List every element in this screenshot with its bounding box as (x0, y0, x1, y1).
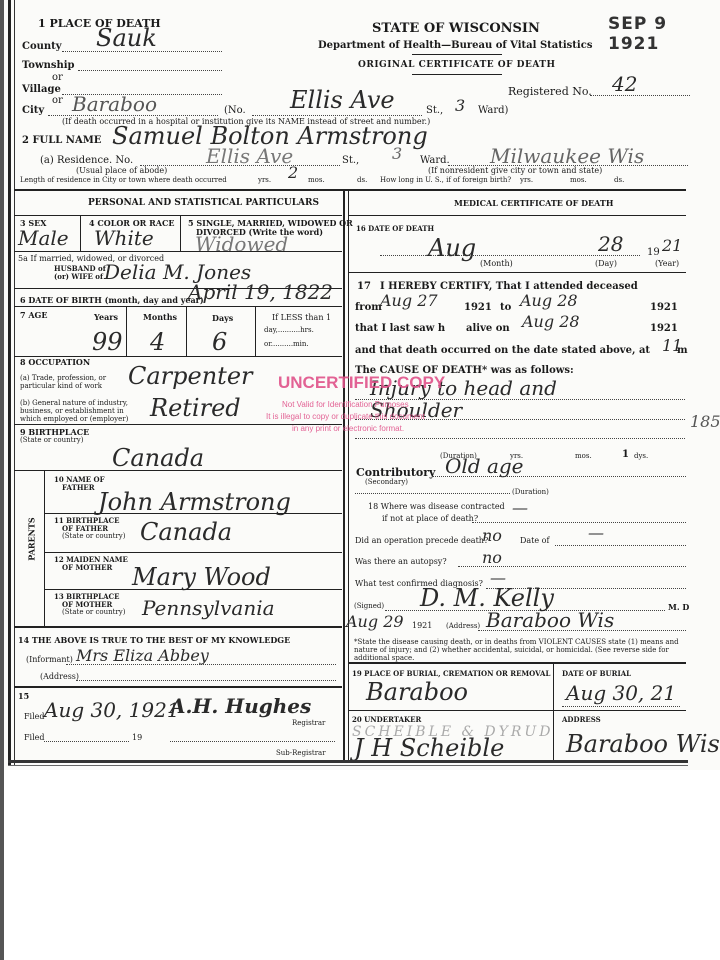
burial-label: 19 PLACE OF BURIAL, CREMATION OR REMOVAL (352, 670, 550, 677)
length-residence-label: Length of residence in City or town wher… (20, 177, 227, 184)
age-months-label: Months (143, 313, 177, 321)
year-label: (Year) (655, 260, 679, 268)
divider (14, 470, 342, 471)
birthplace-value: Canada (112, 446, 204, 470)
physician-address-value: Baraboo Wis (486, 610, 614, 630)
month-label: (Month) (480, 260, 513, 268)
divider (14, 626, 342, 628)
border-inner (14, 0, 15, 765)
autopsy-label: Was there an autopsy? (355, 558, 447, 566)
bottom-rule (8, 760, 688, 763)
industry-label-3: which employed or (employer) (20, 416, 128, 423)
mother-birthplace-value: Pennsylvania (142, 598, 275, 618)
mother-value: Mary Wood (132, 565, 271, 589)
divider (44, 589, 342, 590)
length-ds-label: ds. (357, 177, 367, 184)
father-bp-label-1: 11 BIRTHPLACE (54, 517, 119, 524)
registrar-signature: A.H. Hughes (170, 696, 311, 716)
medical-section-title: MEDICAL CERTIFICATE OF DEATH (454, 199, 613, 207)
age-years-value: 99 (92, 330, 123, 354)
birthplace-sublabel: (State or country) (20, 437, 83, 444)
residence-ward-label: Ward. (420, 156, 450, 166)
watermark-line-3: in any print or electronic format. (292, 424, 404, 433)
subregistrar-line (170, 741, 335, 742)
residence-label: (a) Residence. No. (40, 156, 133, 166)
department-title: Department of Health—Bureau of Vital Sta… (318, 41, 592, 51)
burial-date-label: DATE OF BURIAL (562, 670, 631, 677)
nonresident-note: (If nonresident give city or town and st… (428, 167, 602, 175)
length-mos-label: mos. (308, 177, 325, 184)
attended-to-year: 1921 (650, 303, 678, 313)
divider (348, 215, 686, 216)
residence-ward-value: 3 (392, 146, 402, 162)
undertaker-address-value: Baraboo Wis (566, 732, 720, 756)
mother-label-2: OF MOTHER (62, 564, 112, 571)
divider (412, 54, 502, 55)
filed-number: 15 (18, 692, 29, 700)
watermark-line-2: It is illegal to copy or duplicate this … (266, 412, 425, 421)
last-saw-label: that I last saw h (355, 324, 445, 334)
county-value: Sauk (96, 26, 157, 50)
disease-value: — (512, 500, 528, 516)
age-months-value: 4 (150, 330, 165, 354)
cause-line-3 (355, 438, 685, 439)
duration-days-value: 1 (622, 450, 629, 460)
street-no-label: (No. (224, 106, 246, 116)
occupation-label: 8 OCCUPATION (20, 358, 90, 366)
informant-label: (Informant) (26, 656, 73, 664)
attended-from-date: Aug 27 (380, 293, 438, 309)
hrs-label: day,..........hrs. (264, 327, 314, 334)
column-divider (343, 191, 345, 761)
dod-day-value: 28 (598, 234, 623, 254)
city-value: Baraboo (72, 94, 157, 114)
footnote: *State the disease causing death, or in … (354, 638, 684, 662)
ward-label: Ward) (478, 106, 508, 116)
mother-bp-label-2: OF MOTHER (62, 601, 112, 608)
disease-label-2: if not at place of death? (382, 515, 478, 523)
ward-value: 3 (455, 98, 465, 114)
spouse-value: Delia M. Jones (104, 262, 251, 282)
parents-divider (44, 470, 45, 626)
cell-divider (80, 215, 81, 251)
spouse-label-2: HUSBAND of (54, 265, 106, 272)
divider (348, 710, 686, 711)
divider (44, 513, 342, 514)
divider (348, 272, 686, 273)
divider (412, 74, 502, 75)
cell-divider (126, 306, 127, 356)
last-saw-alive-label: alive on (466, 324, 510, 334)
signed-label: (Signed) (354, 603, 384, 610)
duration-mos-label: mos. (575, 453, 592, 460)
residence-st-label: St., (342, 156, 359, 166)
divider (14, 189, 686, 191)
spouse-label-3: (or) WIFE of (54, 273, 103, 280)
dob-value: April 19, 1822 (188, 282, 333, 302)
scan-edge (0, 0, 4, 960)
father-label-1: 10 NAME OF (54, 476, 105, 483)
county-label: County (22, 42, 62, 52)
father-bp-label-2: OF FATHER (62, 525, 108, 532)
occurred-text: and that death occurred on the date stat… (355, 346, 650, 356)
us-ds-label: ds. (614, 177, 624, 184)
dod-year-value: 21 (662, 238, 682, 254)
divider (14, 306, 342, 307)
secondary-label: (Secondary) (365, 479, 408, 486)
mother-label-1: 12 MAIDEN NAME (54, 556, 128, 563)
usual-abode-note: (Usual place of abode) (76, 167, 167, 175)
contributory-value: Old age (445, 456, 524, 476)
autopsy-value: no (482, 550, 502, 566)
us-yrs-label: yrs. (520, 177, 533, 184)
divider (348, 662, 686, 664)
last-saw-date: Aug 28 (522, 314, 580, 330)
age-years-label: Years (94, 313, 118, 321)
duration-dys-label: dys. (634, 453, 648, 460)
received-date-stamp: SEP 9 1921 (608, 14, 720, 54)
divider (14, 251, 342, 252)
watermark-line-1: Not Valid for Identification Purposes (282, 400, 409, 409)
last-saw-year: 1921 (650, 324, 678, 334)
day-label: (Day) (595, 260, 617, 268)
time-m-label: m (677, 346, 688, 356)
marital-label: 5 SINGLE, MARRIED, WIDOWED OR (188, 219, 353, 227)
industry-label-2: business, or establishment in (20, 408, 124, 415)
divider (14, 686, 342, 688)
mother-bp-label-1: 13 BIRTHPLACE (54, 593, 119, 600)
informant-header: 14 THE ABOVE IS TRUE TO THE BEST OF MY K… (18, 636, 290, 644)
township-line (78, 70, 222, 71)
registered-no-label: Registered No. (508, 86, 592, 97)
bottom-rule (8, 765, 688, 766)
age-days-label: Days (212, 314, 233, 322)
father-label-2: FATHER (62, 484, 95, 491)
father-birthplace-value: Canada (140, 520, 232, 544)
sex-value: Male (18, 228, 69, 248)
filed-2-year: 19 (132, 734, 142, 742)
attended-to-label: to (500, 303, 511, 313)
disease-line (472, 522, 686, 523)
sign-year: 1921 (412, 622, 432, 630)
cell-divider (255, 306, 256, 356)
date-of-label: Date of (520, 537, 549, 545)
dod-label: 16 DATE OF DEATH (356, 225, 434, 232)
age-days-value: 6 (212, 330, 227, 354)
date-of-line (555, 545, 686, 546)
industry-value: Retired (150, 396, 241, 420)
trade-label-1: (a) Trade, profession, or (20, 375, 106, 382)
duration-2-label: (Duration) (512, 489, 549, 496)
undertaker-value: J H Scheible (354, 736, 504, 760)
length-yrs-label: yrs. (258, 177, 271, 184)
city-label: City (22, 106, 44, 116)
informant-address-line (76, 680, 336, 681)
filed-date-value: Aug 30, 1921 (44, 700, 180, 720)
column-divider (348, 191, 349, 761)
burial-date-value: Aug 30, 21 (566, 683, 676, 703)
sign-date-value: Aug 29 (346, 614, 404, 630)
physician-signature: D. M. Kelly (420, 586, 554, 610)
death-certificate: 1 PLACE OF DEATH STATE OF WISCONSIN SEP … (0, 0, 720, 770)
dod-year-prefix: 19 (647, 248, 660, 258)
full-name-label: 2 FULL NAME (22, 136, 101, 146)
md-label: M. D (668, 603, 689, 611)
birthplace-label: 9 BIRTHPLACE (20, 428, 89, 436)
or-label: or (52, 73, 63, 83)
father-bp-label-3: (State or country) (62, 533, 125, 540)
less-than-label: If LESS than 1 (272, 314, 331, 322)
registered-line (590, 95, 690, 96)
cell-divider (553, 664, 554, 760)
margin-note: 185 (690, 414, 720, 430)
undertaker-address-label: ADDRESS (562, 716, 601, 723)
duration-2-line (355, 493, 510, 494)
race-value: White (94, 228, 154, 248)
filed-2-label: Filed (24, 734, 45, 742)
us-mos-label: mos. (570, 177, 587, 184)
burial-date-line (562, 706, 680, 707)
border-outer (8, 0, 11, 765)
filed-label: Filed (24, 713, 45, 721)
dob-label: 6 DATE OF BIRTH (month, day and year) (20, 296, 204, 304)
cell-divider (180, 215, 181, 251)
attended-to-date: Aug 28 (520, 293, 578, 309)
father-value: John Armstrong (98, 490, 291, 514)
age-label: 7 AGE (20, 311, 48, 319)
trade-value: Carpenter (128, 364, 253, 388)
us-length-label: How long in U. S., if of foreign birth? (380, 177, 511, 184)
industry-label-1: (b) General nature of industry, (20, 400, 128, 407)
residence-value: Ellis Ave (206, 146, 293, 166)
length-mos-value: 2 (288, 165, 298, 181)
trade-label-2: particular kind of work (20, 383, 102, 390)
state-title: STATE OF WISCONSIN (372, 22, 540, 35)
date-of-value: — (588, 525, 604, 541)
divider (44, 552, 342, 553)
address-label: (Address) (446, 623, 480, 630)
mother-bp-label-3: (State or country) (62, 609, 125, 616)
village-label: Village (22, 85, 61, 95)
operation-label: Did an operation precede death? (355, 537, 488, 545)
street-line (252, 115, 422, 116)
divider (14, 215, 342, 216)
registrar-label: Registrar (292, 720, 325, 727)
personal-section-title: PERSONAL AND STATISTICAL PARTICULARS (88, 199, 319, 208)
st-label: St., (426, 106, 443, 116)
min-label: or..........min. (264, 341, 309, 348)
watermark-title: UNCERTIFIED COPY (278, 373, 445, 393)
certify-number: 17 (357, 282, 371, 292)
contributory-label: Contributory (356, 467, 435, 478)
or-label: or (52, 96, 63, 106)
dod-month-value: Aug (428, 236, 476, 260)
informant-address-label: (Address) (40, 673, 79, 681)
attended-from-label: from (355, 303, 382, 313)
informant-value: Mrs Eliza Abbey (76, 648, 209, 664)
certificate-title: ORIGINAL CERTIFICATE OF DEATH (358, 61, 556, 70)
attended-from-year: 1921 (464, 303, 492, 313)
subregistrar-label: Sub-Registrar (276, 750, 326, 757)
filed-2-line (44, 741, 129, 742)
disease-label-1: 18 Where was disease contracted (368, 503, 505, 511)
burial-place-value: Baraboo (366, 680, 468, 704)
registered-no-value: 42 (612, 74, 637, 94)
undertaker-label: 20 UNDERTAKER (352, 716, 421, 723)
township-label: Township (22, 61, 75, 71)
operation-value: no (482, 528, 502, 544)
street-value: Ellis Ave (290, 88, 395, 112)
nonresident-value: Milwaukee Wis (490, 146, 644, 166)
cell-divider (186, 306, 187, 356)
parents-label: PARENTS (28, 517, 36, 560)
